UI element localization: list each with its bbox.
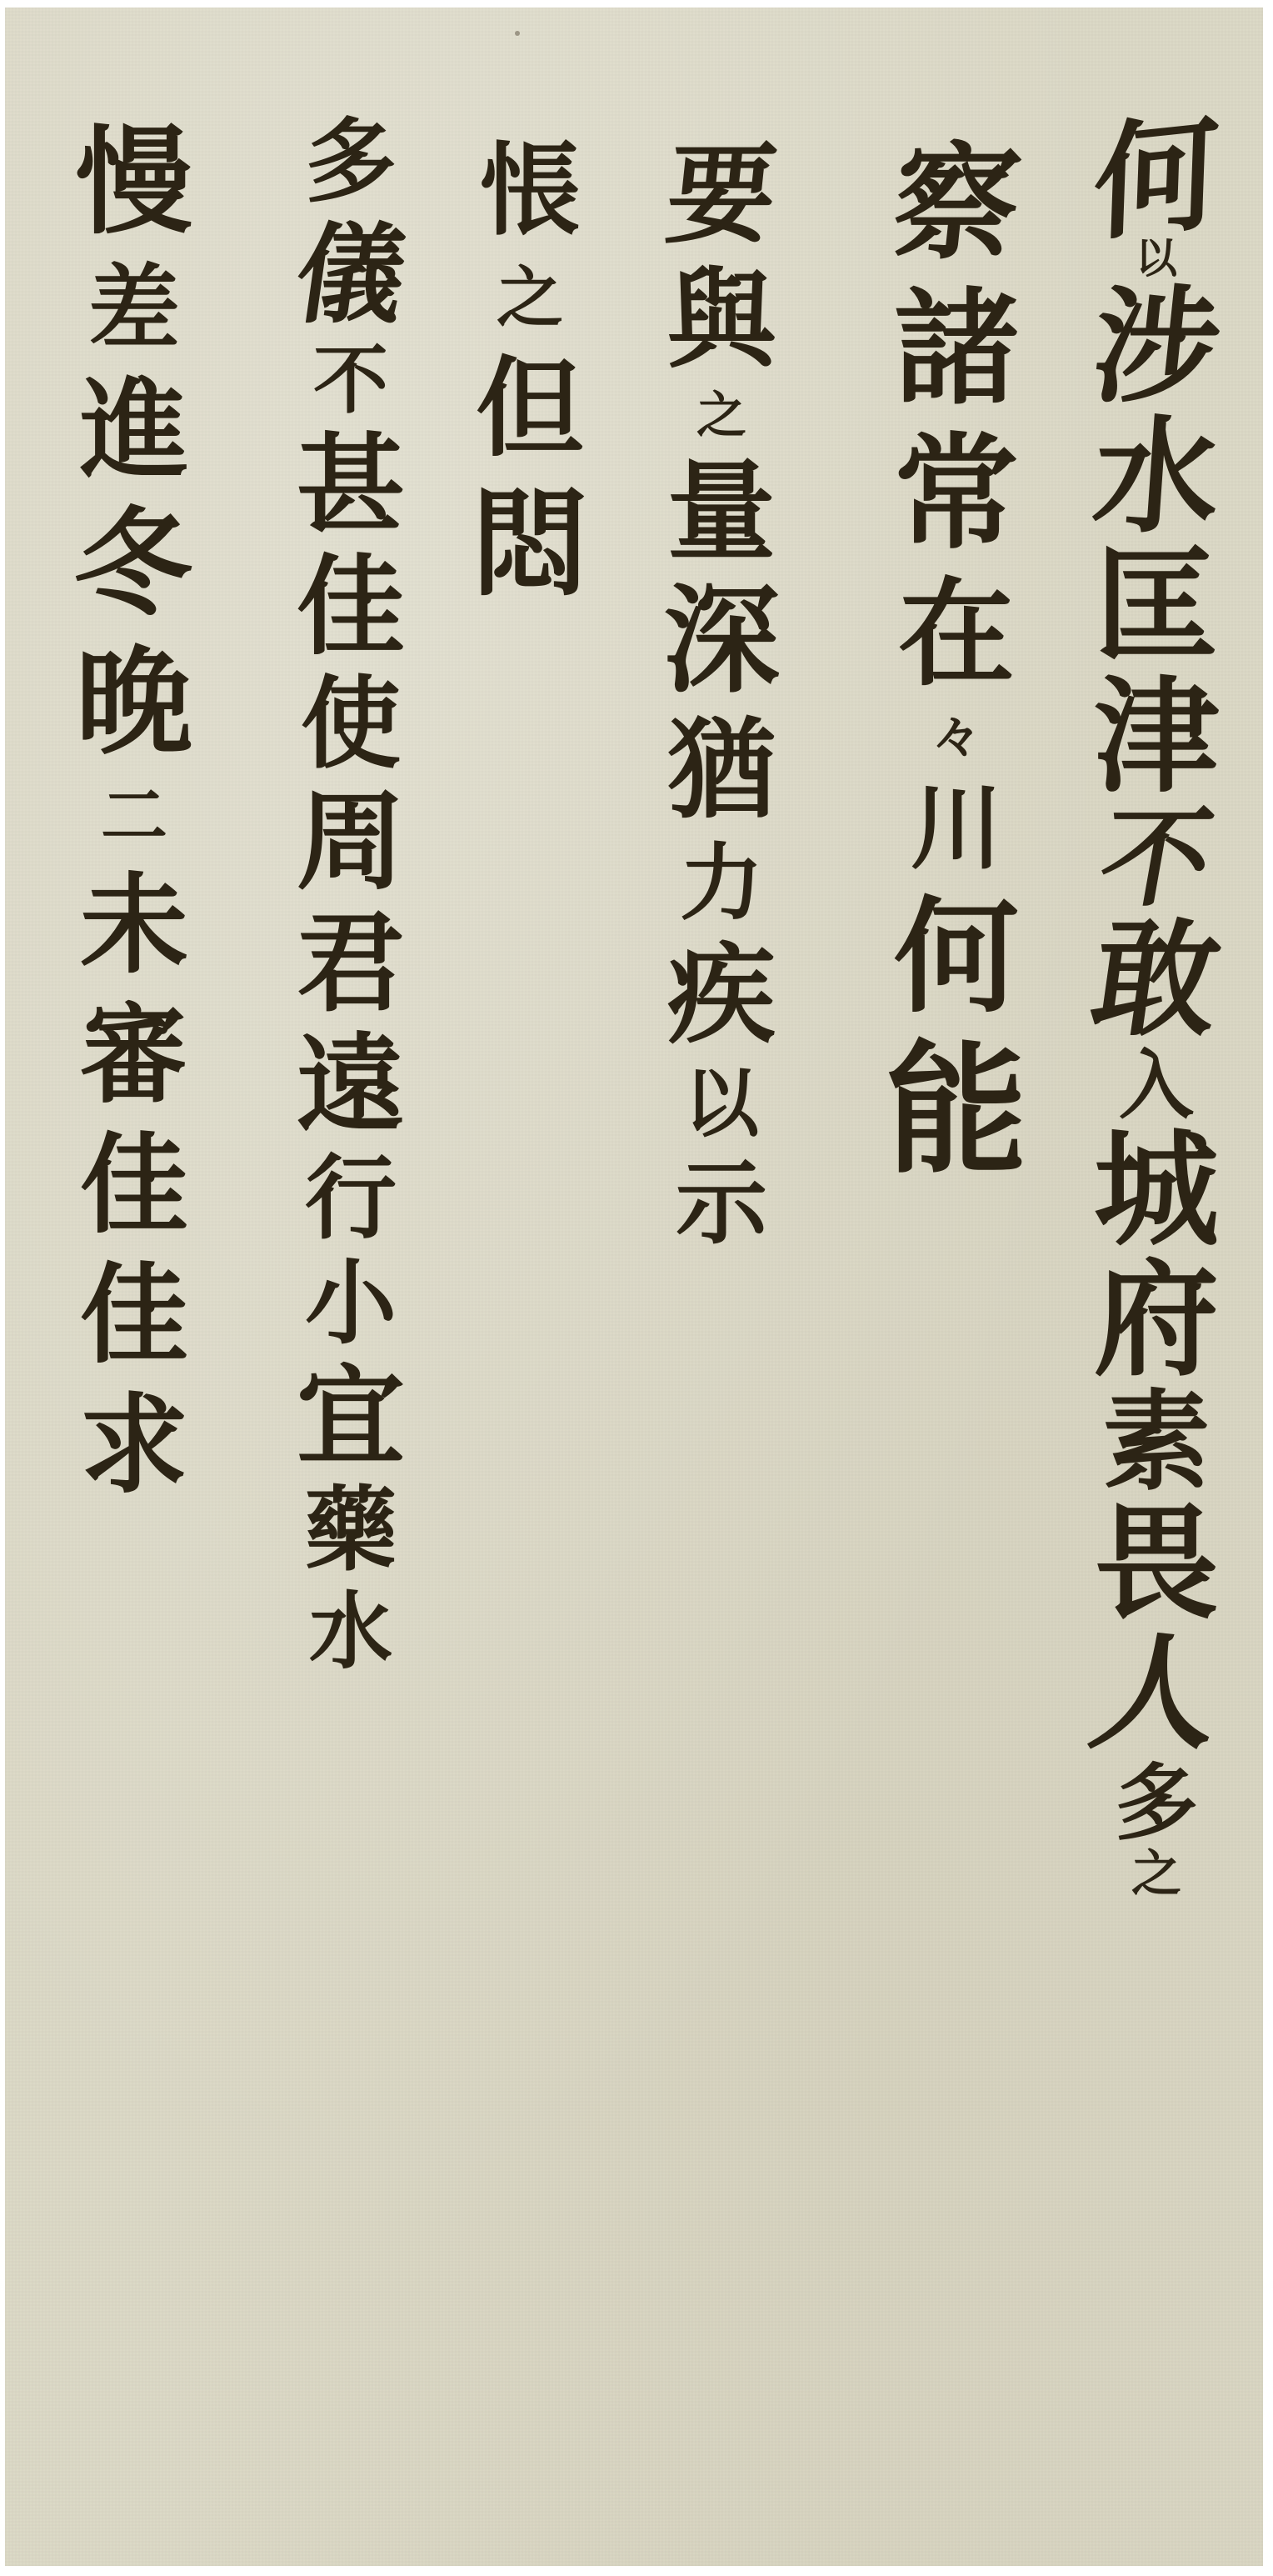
calligraphy-column-4: 悵 之 但 悶 [447,141,613,603]
character: 疾 [667,941,776,1049]
character: 小 [305,1258,397,1349]
character: 佳 [297,553,405,661]
character: 冬 [66,506,203,623]
character: 畏 [1094,1501,1219,1626]
calligraphy-column-3: 要 與 之 量 深 猶 力 疾 以 示 [626,141,817,1249]
character: 宜 [297,1363,405,1471]
character: 示 [676,1158,767,1249]
character: 儀 [289,221,412,329]
character: 猶 [667,716,776,824]
character: 人 [1083,1631,1230,1756]
character: 要 [661,141,781,249]
character: 素 [1102,1388,1211,1496]
character: 與 [667,266,776,374]
character: 之 [696,391,746,441]
character: 城 [1094,1128,1219,1253]
character: 津 [1094,674,1219,799]
character: 不 [1093,804,1221,913]
character: 力 [680,841,763,924]
character: 甚 [297,431,405,539]
character: 水 [309,1589,392,1673]
character: 晚 [76,644,192,761]
character: 差 [88,263,180,354]
calligraphy-paper: 何 以 涉 水 匡 津 不 敢 入 城 府 素 畏 人 多 之 察 諸 常 在 … [5,8,1263,2566]
character: 不 [313,343,388,418]
character: 深 [663,583,780,699]
character: 周 [297,788,405,896]
character: 多 [1115,1761,1198,1844]
character: 敢 [1085,918,1227,1043]
calligraphy-column-1: 何 以 涉 水 匡 津 不 敢 入 城 府 素 畏 人 多 之 [1056,116,1256,1899]
character: 府 [1094,1258,1219,1383]
character: 入 [1119,1048,1194,1123]
character: 量 [667,458,776,566]
character: 未 [80,871,188,979]
character: 佳 [80,1261,188,1369]
character: 何 [1092,108,1221,248]
character: 佳 [80,1131,188,1239]
character: 藥 [305,1484,397,1576]
character: 悶 [472,486,588,603]
calligraphy-column-2: 察 諸 常 在 々 川 何 能 [856,141,1056,1181]
character: 遠 [297,1031,405,1139]
character: 水 [1090,414,1224,539]
character: 常 [894,431,1019,556]
character: 之 [1131,1849,1181,1899]
character: 何 [894,894,1019,1019]
character: 匡 [1094,544,1219,669]
character: 川 [911,783,1002,874]
character: 涉 [1087,284,1226,409]
character: 以 [684,1066,759,1141]
character: 行 [305,1153,397,1244]
character: 慢 [76,124,192,241]
character: 二 [101,783,167,849]
character: 察 [887,141,1026,266]
character: 悵 [480,141,580,241]
calligraphy-column-5: 多 儀 不 甚 佳 使 周 君 遠 行 小 宜 藥 水 [255,116,447,1673]
calligraphy-column-6: 慢 差 進 冬 晚 二 未 審 佳 佳 求 [38,124,230,1499]
character: 但 [476,354,584,463]
character: 能 [886,1039,1027,1181]
character: 君 [297,909,405,1018]
character: 審 [80,1001,188,1109]
character: 求 [80,1391,188,1499]
character: 多 [305,116,397,208]
character: 諸 [894,286,1019,411]
character: 々 [931,713,981,763]
character: 進 [80,376,188,484]
paper-speck [515,31,520,36]
character: 使 [301,674,401,774]
character: 之 [497,264,563,331]
character: 在 [898,576,1015,693]
